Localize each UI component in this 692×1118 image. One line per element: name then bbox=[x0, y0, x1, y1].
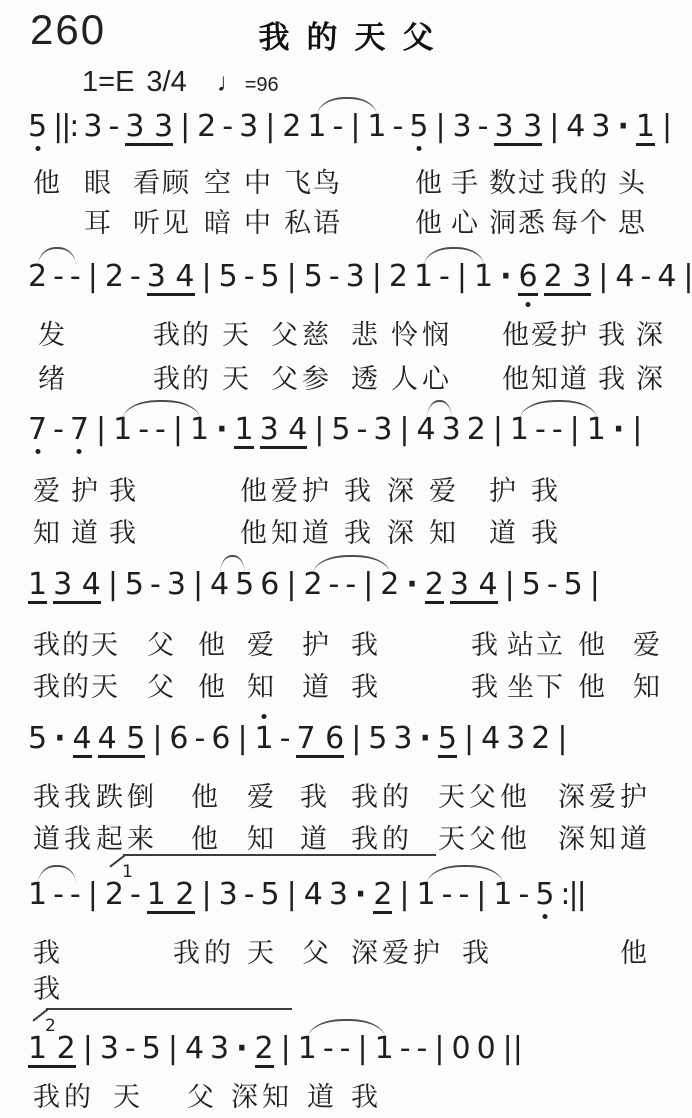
barline: | bbox=[631, 413, 643, 446]
notation-line-4: 13 4|5-3|456|2--|2·23 4|5-5| bbox=[28, 568, 601, 612]
lyric-syllable: 天 bbox=[247, 938, 274, 968]
lyric-syllable: 我 bbox=[33, 630, 60, 660]
note-2: 2 bbox=[105, 260, 124, 293]
lyric-syllable: 护 bbox=[560, 320, 587, 350]
note-33: 3 3 bbox=[125, 110, 173, 146]
note-5: 5 bbox=[28, 722, 47, 755]
lyric-syllable: 天 bbox=[222, 320, 249, 350]
key-signature: 1=E bbox=[82, 66, 134, 99]
note-3: 3 bbox=[100, 1032, 119, 1065]
lyric-line-4: 绪我的天父参透人心他知道我深 bbox=[0, 364, 692, 396]
note-3: 3 bbox=[346, 260, 365, 293]
lyric-line-2: 耳听见暗中私语他心洞悉每个思 bbox=[0, 208, 692, 240]
note-6: 6 bbox=[518, 260, 537, 296]
lyric-syllable: 我 bbox=[551, 168, 578, 198]
final-barline: || bbox=[502, 1032, 524, 1065]
lyric-syllable: 我 bbox=[109, 518, 136, 548]
lyric-syllable: 他 bbox=[578, 672, 605, 702]
lyric-syllable: 深 bbox=[351, 938, 378, 968]
note-7: 7 bbox=[70, 413, 89, 446]
lyric-syllable: 鸟 bbox=[313, 168, 340, 198]
lyric-syllable: 爱 bbox=[271, 476, 298, 506]
lyric-syllable: 天 bbox=[438, 782, 465, 812]
note-5: 5 bbox=[261, 260, 280, 293]
augmentation-dot: · bbox=[612, 413, 625, 446]
note-4: 4 bbox=[304, 878, 323, 911]
dash-extension: - bbox=[109, 110, 120, 143]
dash-extension: - bbox=[150, 568, 161, 601]
note-1: 1 bbox=[234, 413, 253, 449]
note-5: 5 bbox=[219, 260, 238, 293]
lyric-syllable: 知 bbox=[633, 672, 660, 702]
lyric-syllable: 耳 bbox=[84, 208, 111, 238]
barline: | bbox=[264, 110, 276, 143]
lyric-syllable: 父 bbox=[469, 782, 496, 812]
dash-extension: - bbox=[130, 260, 141, 293]
tempo-marking: ♩ =96 bbox=[217, 67, 279, 98]
lyric-syllable: 深 bbox=[636, 320, 663, 350]
lyric-syllable: 天 bbox=[113, 1082, 140, 1112]
lyric-syllable: 我 bbox=[64, 782, 91, 812]
augmentation-dot: · bbox=[215, 413, 228, 446]
lyric-syllable: 爱 bbox=[382, 938, 409, 968]
lyric-syllable: 私 bbox=[284, 208, 311, 238]
high-octave-dot bbox=[262, 714, 267, 719]
lyric-syllable: 我 bbox=[64, 824, 91, 854]
lyric-syllable: 天 bbox=[91, 672, 118, 702]
lyric-syllable: 天 bbox=[91, 630, 118, 660]
time-signature: 3/4 bbox=[146, 66, 186, 99]
lyric-syllable: 我 bbox=[531, 518, 558, 548]
lyric-line-6: 知道我他知道我深知道我 bbox=[0, 518, 692, 550]
lyric-syllable: 他 bbox=[33, 168, 60, 198]
begin-repeat-barline: ||: bbox=[53, 110, 77, 143]
tie-slur-arc bbox=[520, 400, 597, 419]
note-5: 5 bbox=[409, 110, 428, 143]
note-3: 3 bbox=[239, 110, 258, 143]
dash-extension: - bbox=[518, 878, 529, 911]
note-4: 4 bbox=[73, 722, 92, 758]
note-5: 5 bbox=[564, 568, 583, 601]
lyric-syllable: 他 bbox=[240, 518, 267, 548]
lyric-syllable: 护 bbox=[413, 938, 440, 968]
note-1: 1 bbox=[255, 722, 274, 755]
lyric-syllable: 头 bbox=[618, 168, 645, 198]
lyric-syllable: 语 bbox=[313, 208, 340, 238]
note-4: 4 bbox=[481, 722, 500, 755]
lyric-syllable: 倒 bbox=[127, 782, 154, 812]
note-3: 3 bbox=[591, 110, 610, 143]
barline: | bbox=[463, 722, 475, 755]
lyric-syllable: 父 bbox=[187, 1082, 214, 1112]
lyric-syllable: 人 bbox=[391, 364, 418, 394]
barline: | bbox=[151, 722, 163, 755]
dash-extension: - bbox=[125, 1032, 136, 1065]
note-2: 2 bbox=[373, 878, 392, 914]
lyric-syllable: 数 bbox=[489, 168, 516, 198]
note-76: 7 6 bbox=[296, 722, 344, 758]
lyric-line-9: 我我跌倒他爱我我的天父他深爱护 bbox=[0, 782, 692, 814]
lyric-syllable: 深 bbox=[636, 364, 663, 394]
note-3: 3 bbox=[329, 878, 348, 911]
notation-line-7: 1 2|3-5|43·2|1--|1--|00||2 bbox=[28, 1032, 524, 1076]
barline: | bbox=[179, 110, 191, 143]
lyric-syllable: 知 bbox=[33, 518, 60, 548]
notation-line-5: 5·44 5|6-6|1-7 6|53·5|432| bbox=[28, 722, 568, 766]
lyric-syllable: 他 bbox=[502, 364, 529, 394]
lyric-syllable: 他 bbox=[578, 630, 605, 660]
lyric-syllable: 他 bbox=[198, 672, 225, 702]
lyric-syllable: 个 bbox=[580, 208, 607, 238]
dash-extension: - bbox=[195, 722, 206, 755]
lyric-syllable: 爱 bbox=[633, 630, 660, 660]
note-12: 1 2 bbox=[147, 878, 195, 914]
lyric-syllable: 天 bbox=[222, 364, 249, 394]
lyric-syllable: 道 bbox=[307, 1082, 334, 1112]
barline: | bbox=[313, 413, 325, 446]
barline: | bbox=[192, 568, 204, 601]
lyric-syllable: 道 bbox=[300, 824, 327, 854]
tie-slur-arc bbox=[313, 555, 390, 574]
lyric-syllable: 发 bbox=[38, 320, 65, 350]
note-5: 5 bbox=[535, 878, 554, 911]
dash-extension: - bbox=[547, 568, 558, 601]
lyric-syllable: 知 bbox=[429, 518, 456, 548]
lyric-syllable: 知 bbox=[247, 672, 274, 702]
dash-extension: - bbox=[400, 1032, 411, 1065]
lyric-line-13: 我的天父深知道我 bbox=[0, 1082, 692, 1114]
lyric-line-12: 我 bbox=[0, 974, 692, 1006]
rest-note: 0 bbox=[451, 1032, 470, 1065]
augmentation-dot: · bbox=[499, 260, 512, 293]
lyric-syllable: 护 bbox=[71, 476, 98, 506]
barline: | bbox=[492, 413, 504, 446]
lyric-syllable: 他 bbox=[191, 824, 218, 854]
dash-extension: - bbox=[357, 413, 368, 446]
note-6: 6 bbox=[169, 722, 188, 755]
lyric-syllable: 父 bbox=[147, 672, 174, 702]
low-octave-dot bbox=[416, 146, 421, 151]
lyric-syllable: 心 bbox=[422, 364, 449, 394]
note-1: 1 bbox=[636, 110, 655, 146]
lyric-syllable: 天 bbox=[438, 824, 465, 854]
lyric-syllable: 爱 bbox=[33, 476, 60, 506]
tie-slur-arc bbox=[38, 865, 76, 884]
lyric-syllable: 跌 bbox=[96, 782, 123, 812]
lyric-syllable: 思 bbox=[618, 208, 645, 238]
lyric-syllable: 深 bbox=[558, 824, 585, 854]
low-octave-dot bbox=[35, 146, 40, 151]
lyric-syllable: 的 bbox=[382, 782, 409, 812]
tie-slur-arc bbox=[308, 1019, 385, 1038]
note-7: 7 bbox=[28, 413, 47, 446]
barline: | bbox=[597, 260, 609, 293]
lyric-line-8: 我的天父他知道我我坐下他知 bbox=[0, 672, 692, 704]
volta-number: 2 bbox=[45, 1009, 56, 1043]
lyric-syllable: 的 bbox=[64, 1082, 91, 1112]
lyric-syllable: 看 bbox=[133, 168, 160, 198]
barline: | bbox=[107, 568, 119, 601]
lyric-syllable: 深 bbox=[231, 1082, 258, 1112]
lyric-syllable: 我 bbox=[598, 364, 625, 394]
augmentation-dot: · bbox=[418, 722, 431, 755]
lyric-syllable: 的 bbox=[182, 364, 209, 394]
lyric-syllable: 的 bbox=[62, 672, 89, 702]
volta-line bbox=[46, 1008, 292, 1010]
note-5: 5 bbox=[438, 722, 457, 758]
lyric-syllable: 道 bbox=[33, 824, 60, 854]
barline: | bbox=[95, 413, 107, 446]
augmentation-dot: · bbox=[235, 1032, 248, 1065]
note-4: 4 bbox=[615, 260, 634, 293]
lyric-syllable: 每 bbox=[551, 208, 578, 238]
hymn-sheet: 260 我的天父 1=E 3/4 ♩ =96 5||:3-3 3|2-3|21-… bbox=[0, 0, 692, 1118]
barline: | bbox=[280, 1032, 292, 1065]
lyric-syllable: 他 bbox=[415, 208, 442, 238]
lyric-syllable: 立 bbox=[536, 630, 563, 660]
dash-extension: - bbox=[222, 110, 233, 143]
note-5: 5 bbox=[28, 110, 47, 143]
lyric-syllable: 眼 bbox=[84, 168, 111, 198]
low-octave-dot bbox=[526, 302, 531, 307]
lyric-syllable: 我 bbox=[471, 630, 498, 660]
lyric-syllable: 透 bbox=[351, 364, 378, 394]
lyric-syllable: 我 bbox=[351, 824, 378, 854]
lyric-syllable: 父 bbox=[271, 364, 298, 394]
lyric-syllable: 他 bbox=[240, 476, 267, 506]
note-23: 2 3 bbox=[544, 260, 592, 296]
dash-extension: - bbox=[53, 413, 64, 446]
barline: | bbox=[398, 413, 410, 446]
lyric-line-11: 我我的天父深爱护我他 bbox=[0, 938, 692, 970]
barline: | bbox=[371, 260, 383, 293]
lyric-syllable: 我 bbox=[33, 782, 60, 812]
barline: | bbox=[589, 568, 601, 601]
lyric-syllable: 我 bbox=[462, 938, 489, 968]
note-4: 4 bbox=[185, 1032, 204, 1065]
lyric-syllable: 洞 bbox=[489, 208, 516, 238]
lyric-syllable: 中 bbox=[244, 208, 271, 238]
note-2: 2 bbox=[255, 1032, 274, 1068]
lyric-syllable: 知 bbox=[262, 1082, 289, 1112]
lyric-syllable: 护 bbox=[302, 476, 329, 506]
barline: | bbox=[285, 568, 297, 601]
dash-extension: - bbox=[641, 260, 652, 293]
low-octave-dot bbox=[542, 914, 547, 919]
lyric-syllable: 护 bbox=[302, 630, 329, 660]
barline: | bbox=[548, 110, 560, 143]
lyric-syllable: 中 bbox=[244, 168, 271, 198]
note-5: 5 bbox=[331, 413, 350, 446]
lyric-syllable: 护 bbox=[489, 476, 516, 506]
lyric-syllable: 护 bbox=[620, 782, 647, 812]
note-5: 5 bbox=[304, 260, 323, 293]
lyric-syllable: 顾 bbox=[162, 168, 189, 198]
lyric-syllable: 坐 bbox=[507, 672, 534, 702]
lyric-syllable: 我 bbox=[109, 476, 136, 506]
dash-extension: - bbox=[280, 722, 291, 755]
lyric-syllable: 空 bbox=[204, 168, 231, 198]
barline: | bbox=[201, 260, 213, 293]
lyric-syllable: 暗 bbox=[204, 208, 231, 238]
lyric-syllable: 知 bbox=[247, 824, 274, 854]
note-4: 4 bbox=[566, 110, 585, 143]
lyric-syllable: 我 bbox=[300, 782, 327, 812]
dash-extension: - bbox=[244, 878, 255, 911]
note-3: 3 bbox=[83, 110, 102, 143]
note-3: 3 bbox=[219, 878, 238, 911]
lyric-line-5: 爱护我他爱护我深爱护我 bbox=[0, 476, 692, 508]
barline: | bbox=[556, 722, 568, 755]
lyric-syllable: 他 bbox=[500, 782, 527, 812]
lyric-syllable: 的 bbox=[182, 320, 209, 350]
dash-extension: - bbox=[393, 110, 404, 143]
lyric-syllable: 深 bbox=[387, 518, 414, 548]
lyric-syllable: 他 bbox=[415, 168, 442, 198]
note-34: 3 4 bbox=[147, 260, 195, 296]
end-repeat-barline: :|| bbox=[560, 878, 584, 911]
lyric-syllable: 手 bbox=[451, 168, 478, 198]
tie-slur-arc bbox=[317, 97, 377, 116]
lyric-syllable: 爱 bbox=[429, 476, 456, 506]
dash-extension: - bbox=[329, 260, 340, 293]
tie-slur-arc bbox=[424, 247, 484, 266]
lyric-syllable: 他 bbox=[198, 630, 225, 660]
note-3: 3 bbox=[453, 110, 472, 143]
lyric-syllable: 听 bbox=[133, 208, 160, 238]
note-33: 3 3 bbox=[494, 110, 542, 146]
barline: | bbox=[682, 260, 692, 293]
note-34: 3 4 bbox=[260, 413, 308, 449]
barline: | bbox=[236, 722, 248, 755]
volta-number: 1 bbox=[122, 855, 133, 889]
dash-extension: - bbox=[478, 110, 489, 143]
lyric-syllable: 他 bbox=[502, 320, 529, 350]
barline: | bbox=[433, 1032, 445, 1065]
lyric-syllable: 爱 bbox=[589, 782, 616, 812]
barline: | bbox=[504, 568, 516, 601]
quarter-note-icon: ♩ bbox=[217, 67, 243, 98]
lyric-syllable: 深 bbox=[558, 782, 585, 812]
key-time-tempo-line: 1=E 3/4 ♩ =96 bbox=[82, 66, 279, 99]
note-5: 5 bbox=[368, 722, 387, 755]
lyric-syllable: 父 bbox=[469, 824, 496, 854]
lyric-line-7: 我的天父他爱护我我站立他爱 bbox=[0, 630, 692, 662]
lyric-syllable: 的 bbox=[580, 168, 607, 198]
page-title: 我的天父 bbox=[0, 12, 692, 57]
lyric-syllable: 父 bbox=[271, 320, 298, 350]
augmentation-dot: · bbox=[405, 568, 418, 601]
lyric-syllable: 我 bbox=[33, 974, 60, 1004]
augmentation-dot: · bbox=[354, 878, 367, 911]
barline: | bbox=[87, 878, 99, 911]
note-3: 3 bbox=[373, 413, 392, 446]
barline: | bbox=[82, 1032, 94, 1065]
lyric-syllable: 下 bbox=[536, 672, 563, 702]
tie-slur-arc bbox=[427, 865, 503, 884]
lyric-syllable: 心 bbox=[451, 208, 478, 238]
lyric-syllable: 他 bbox=[620, 938, 647, 968]
barline: | bbox=[434, 110, 446, 143]
lyric-syllable: 知 bbox=[271, 518, 298, 548]
barline: | bbox=[87, 260, 99, 293]
note-2: 2 bbox=[389, 260, 408, 293]
lyric-syllable: 父 bbox=[147, 630, 174, 660]
note-4: 4 bbox=[657, 260, 676, 293]
lyric-syllable: 我 bbox=[471, 672, 498, 702]
lyric-syllable: 过 bbox=[518, 168, 545, 198]
note-3: 3 bbox=[167, 568, 186, 601]
note-5: 5 bbox=[522, 568, 541, 601]
note-2: 2 bbox=[425, 568, 444, 604]
lyric-syllable: 见 bbox=[162, 208, 189, 238]
rest-note: 0 bbox=[477, 1032, 496, 1065]
barline: | bbox=[201, 878, 213, 911]
lyric-syllable: 我 bbox=[531, 476, 558, 506]
lyric-syllable: 道 bbox=[560, 364, 587, 394]
lyric-syllable: 我 bbox=[344, 476, 371, 506]
lyric-syllable: 悲 bbox=[351, 320, 378, 350]
lyric-syllable: 爱 bbox=[531, 320, 558, 350]
note-45: 4 5 bbox=[98, 722, 146, 758]
lyric-syllable: 我 bbox=[351, 782, 378, 812]
note-2: 2 bbox=[197, 110, 216, 143]
note-2: 2 bbox=[531, 722, 550, 755]
lyric-syllable: 我 bbox=[33, 1082, 60, 1112]
lyric-syllable: 飞 bbox=[284, 168, 311, 198]
lyric-syllable: 来 bbox=[127, 824, 154, 854]
lyric-syllable: 父 bbox=[302, 938, 329, 968]
note-3: 3 bbox=[506, 722, 525, 755]
lyric-syllable: 绪 bbox=[38, 364, 65, 394]
tie-slur-arc bbox=[220, 555, 245, 574]
lyric-syllable: 我 bbox=[153, 364, 180, 394]
note-5: 5 bbox=[125, 568, 144, 601]
note-5: 5 bbox=[142, 1032, 161, 1065]
tie-slur-arc bbox=[123, 400, 200, 419]
lyric-syllable: 知 bbox=[531, 364, 558, 394]
lyric-syllable: 他 bbox=[191, 782, 218, 812]
lyric-syllable: 爱 bbox=[247, 782, 274, 812]
note-2: 2 bbox=[467, 413, 486, 446]
barline: | bbox=[286, 878, 298, 911]
lyric-syllable: 怜 bbox=[391, 320, 418, 350]
tie-slur-arc bbox=[427, 400, 452, 419]
barline: | bbox=[398, 878, 410, 911]
lyric-syllable: 道 bbox=[302, 672, 329, 702]
lyric-syllable: 我 bbox=[33, 672, 60, 702]
lyric-syllable: 的 bbox=[382, 824, 409, 854]
note-34: 3 4 bbox=[53, 568, 101, 604]
lyric-line-10: 道我起来他知道我的天父他深知道 bbox=[0, 824, 692, 856]
lyric-syllable: 我 bbox=[351, 1082, 378, 1112]
dash-extension: - bbox=[417, 1032, 428, 1065]
augmentation-dot: · bbox=[53, 722, 66, 755]
lyric-syllable: 起 bbox=[96, 824, 123, 854]
notation-line-2: 2--|2-3 4|5-5|5-3|21-|1·62 3|4-4| bbox=[28, 260, 692, 304]
lyric-syllable: 站 bbox=[507, 630, 534, 660]
notation-line-6: 1--|2-1 2|3-5|43·2|1--|1-5:||1 bbox=[28, 878, 585, 922]
lyric-syllable: 他 bbox=[500, 824, 527, 854]
lyric-syllable: 道 bbox=[71, 518, 98, 548]
note-5: 5 bbox=[261, 878, 280, 911]
note-3: 3 bbox=[210, 1032, 229, 1065]
lyric-syllable: 道 bbox=[302, 518, 329, 548]
lyric-syllable: 悉 bbox=[518, 208, 545, 238]
low-octave-dot bbox=[77, 449, 82, 454]
tempo-value: =96 bbox=[245, 74, 279, 97]
lyric-syllable: 悯 bbox=[422, 320, 449, 350]
